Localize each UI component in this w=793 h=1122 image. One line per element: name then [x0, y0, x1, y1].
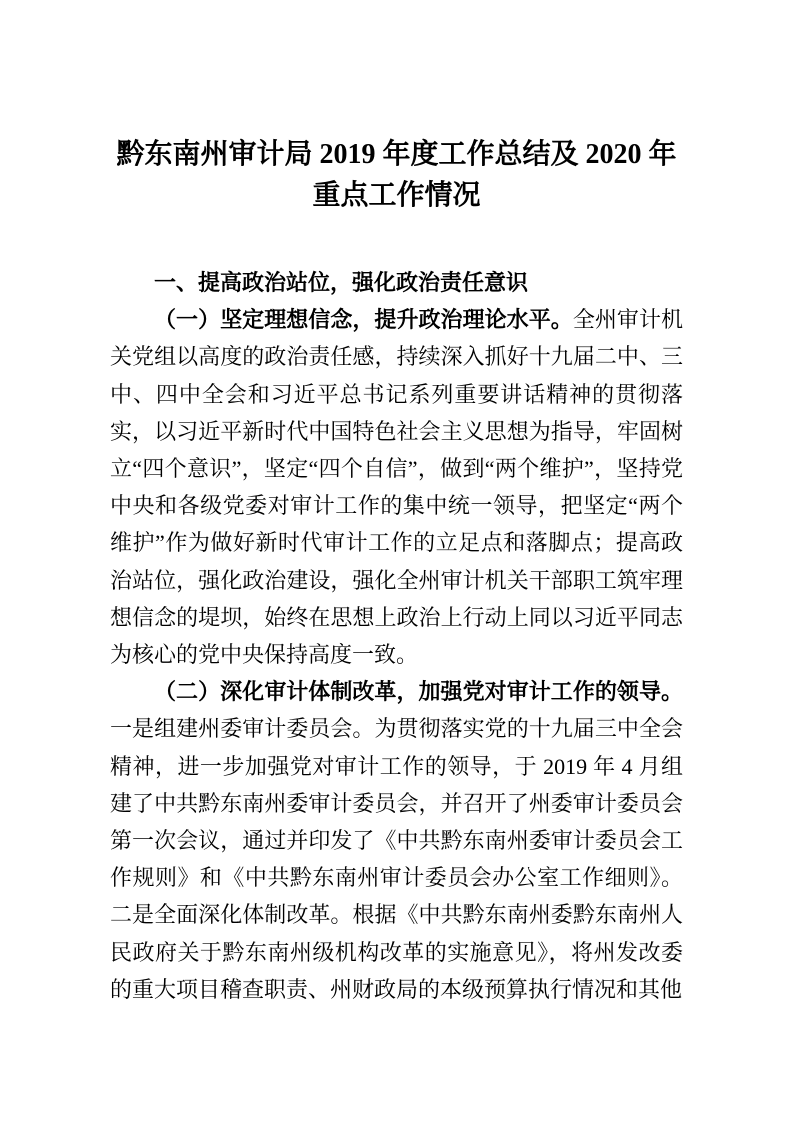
- paragraph-2-lead: （二）深化审计体制改革，加强党对审计工作的领导。: [154, 679, 683, 704]
- paragraph-1: （一）坚定理想信念，提升政治理论水平。全州审计机关党组以高度的政治责任感，持续深…: [110, 301, 683, 673]
- paragraph-1-text: 全州审计机关党组以高度的政治责任感，持续深入抓好十九届二中、三中、四中全会和习近…: [110, 307, 683, 667]
- paragraph-2: （二）深化审计体制改革，加强党对审计工作的领导。一是组建州委审计委员会。为贯彻落…: [110, 673, 683, 1008]
- section-heading-1: 一、提高政治站位，强化政治责任意识: [110, 264, 683, 301]
- paragraph-2-text: 一是组建州委审计委员会。为贯彻落实党的十九届三中全会精神，进一步加强党对审计工作…: [110, 716, 683, 1001]
- document-title: 黔东南州审计局 2019 年度工作总结及 2020 年重点工作情况: [110, 134, 683, 216]
- document-page: 黔东南州审计局 2019 年度工作总结及 2020 年重点工作情况 一、提高政治…: [0, 0, 793, 1122]
- paragraph-1-lead: （一）坚定理想信念，提升政治理论水平。: [154, 307, 573, 332]
